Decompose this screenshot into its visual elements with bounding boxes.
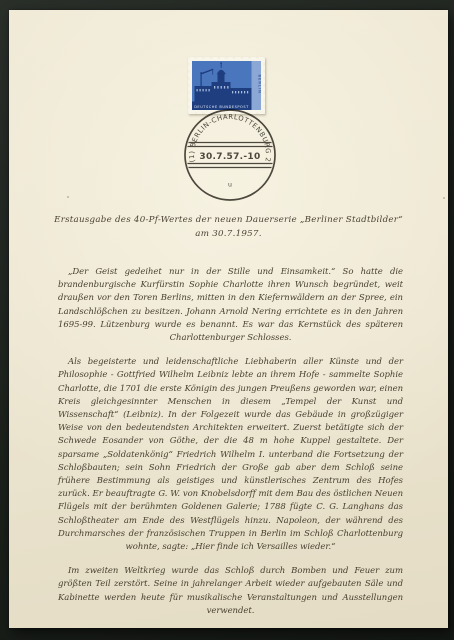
description-paragraph-3: Im zweiten Weltkrieg wurde das Schloß du… bbox=[58, 565, 403, 618]
issue-heading-line1: Erstausgabe des 40-Pf-Wertes der neuen D… bbox=[9, 213, 448, 227]
postmark: 30.7.57.-10 (1) BERLIN-CHARLOTTENBURG 2 … bbox=[178, 103, 282, 207]
first-day-sheet: BERLIN bbox=[9, 10, 448, 628]
paper-speck bbox=[142, 597, 144, 599]
postmark-lettering: 30.7.57.-10 (1) BERLIN-CHARLOTTENBURG 2 … bbox=[188, 113, 272, 189]
postmark-letter: u bbox=[228, 182, 232, 189]
photo-background: { "page": { "background_color": "#1d221d… bbox=[0, 0, 454, 640]
issue-heading: Erstausgabe des 40-Pf-Wertes der neuen D… bbox=[9, 213, 448, 241]
paper-speck bbox=[443, 197, 445, 199]
postmark-date: 30.7.57.-10 bbox=[199, 152, 260, 162]
description-paragraph-2: Als begeisterte und leidenschaftliche Li… bbox=[58, 356, 403, 554]
stamp-side-label: BERLIN bbox=[258, 75, 261, 94]
description-paragraph-1: „Der Geist gedeihet nur in der Stille un… bbox=[58, 266, 403, 345]
paper-speck bbox=[67, 196, 69, 198]
issue-heading-line2: am 30.7.1957. bbox=[9, 227, 448, 241]
description-text: „Der Geist gedeihet nur in der Stille un… bbox=[58, 266, 403, 629]
